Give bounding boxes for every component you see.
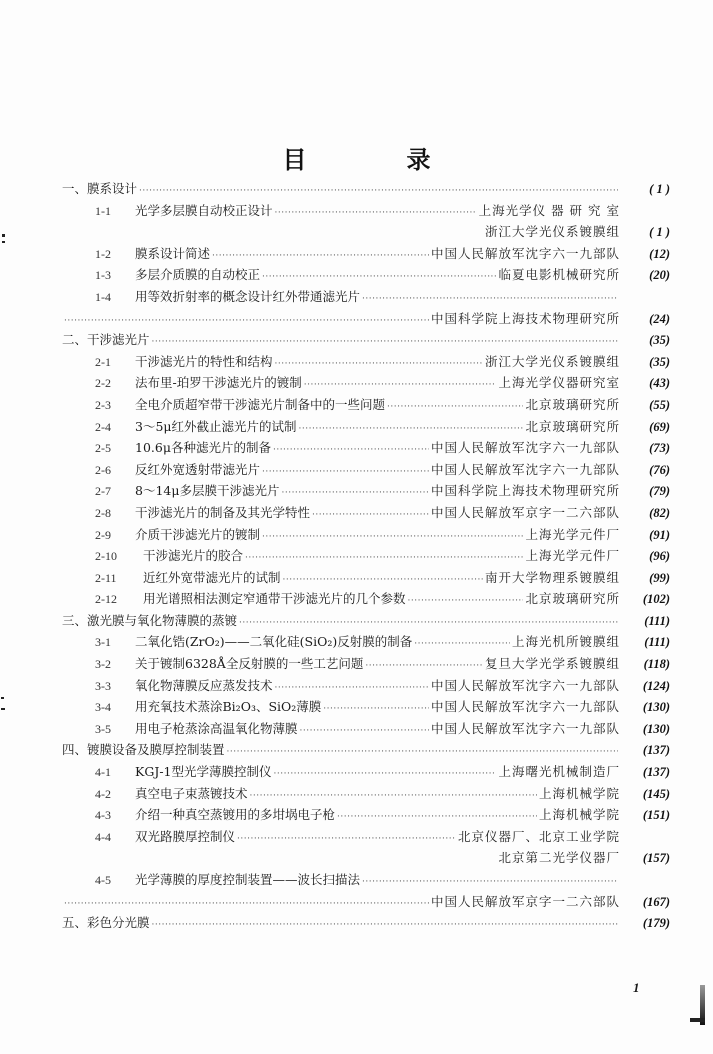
- toc-section-row: 1-2膜系设计简述中国人民解放军沈字六一九部队(12): [62, 243, 670, 265]
- section-title: 真空电子束蒸镀技术: [135, 783, 248, 805]
- section-title: 双光路膜厚控制仪: [135, 826, 235, 848]
- section-title: 近红外宽带滤光片的试制: [143, 567, 281, 589]
- toc-section-row: 1-3多层介质膜的自动校正临夏电影机械研究所(20): [62, 264, 670, 286]
- page-ref: (79): [620, 481, 670, 503]
- section-title: 氧化物薄膜反应蒸发技术: [135, 675, 273, 697]
- organization: 中国人民解放军沈字六一九部队: [431, 437, 620, 459]
- organization: 北京玻璃研究所: [525, 416, 620, 438]
- toc-continuation-row: 中国人民解放军京字一二六部队(167): [62, 891, 670, 913]
- section-number: 2-7: [95, 481, 135, 503]
- page-ref: (96): [620, 546, 670, 568]
- page-ref: (151): [620, 805, 670, 827]
- section-number: 2-3: [95, 395, 135, 417]
- section-title: 全电介质超窄带干涉滤光片制备中的一些问题: [135, 394, 385, 416]
- chapter-title: 一、膜系设计: [62, 178, 137, 200]
- section-number: 3-4: [95, 697, 135, 719]
- organization: 上海光学元件厂: [525, 524, 620, 546]
- organization: 中国科学院上海技术物理研究所: [431, 480, 620, 502]
- organization: 中国人民解放军沈字六一九部队: [431, 696, 620, 718]
- page-ref: (137): [620, 762, 670, 784]
- section-title: 8～14μ多层膜干涉滤光片: [135, 480, 279, 502]
- organization: 浙江大学光仪系镀膜组: [485, 221, 620, 243]
- section-number: 2-11: [95, 568, 143, 590]
- organization: 上海曙光机械制造厂: [498, 761, 620, 783]
- table-of-contents: 一、膜系设计( 1 )1-1光学多层膜自动校正设计上海光学仪 器 研 究 室浙江…: [62, 178, 670, 934]
- organization: 浙江大学光仪系镀膜组: [485, 351, 620, 373]
- organization: 中国科学院上海技术物理研究所: [431, 308, 620, 330]
- section-title: 膜系设计简述: [135, 243, 210, 265]
- toc-section-row: 4-4双光路膜厚控制仪北京仪器厂、北京工业学院: [62, 826, 670, 848]
- page-ref: (12): [620, 244, 670, 266]
- section-title: 法布里-珀罗干涉滤光片的镀制: [135, 372, 302, 394]
- toc-chapter-row: 二、干涉滤光片(35): [62, 329, 670, 351]
- organization: 中国人民解放军京字一二六部队: [431, 891, 620, 913]
- section-number: 1-3: [95, 265, 135, 287]
- chapter-title: 三、激光膜与氧化物薄膜的蒸镀: [62, 610, 237, 632]
- toc-section-row: 2-1干涉滤光片的特性和结构浙江大学光仪系镀膜组(35): [62, 351, 670, 373]
- section-title: 用等效折射率的概念设计红外带通滤光片: [135, 286, 360, 308]
- page-ref: (111): [620, 611, 670, 633]
- section-title: 介绍一种真空蒸镀用的多坩埚电子枪: [135, 804, 335, 826]
- section-number: 2-10: [95, 546, 143, 568]
- section-number: 2-9: [95, 525, 135, 547]
- section-title: 干涉滤光片的制备及其光学特性: [135, 502, 310, 524]
- toc-section-row: 4-3介绍一种真空蒸镀用的多坩埚电子枪上海机械学院(151): [62, 804, 670, 826]
- scan-mark: [1, 697, 4, 699]
- page-number: 1: [633, 980, 640, 996]
- organization: 临夏电影机械研究所: [498, 264, 620, 286]
- toc-section-row: 3-1二氧化锆(ZrO₂)——二氧化硅(SiO₂)反射膜的制备上海光机所镀膜组(…: [62, 631, 670, 653]
- page-ref: (102): [620, 589, 670, 611]
- page-ref: (35): [620, 352, 670, 374]
- scan-mark: [2, 241, 5, 243]
- toc-section-row: 4-2真空电子束蒸镀技术上海机械学院(145): [62, 783, 670, 805]
- organization: 上海光机所镀膜组: [512, 631, 620, 653]
- section-number: 2-1: [95, 352, 135, 374]
- section-number: 4-3: [95, 805, 135, 827]
- toc-section-row: 2-2法布里-珀罗干涉滤光片的镀制上海光学仪器研究室(43): [62, 372, 670, 394]
- organization: 中国人民解放军沈字六一九部队: [431, 459, 620, 481]
- section-number: 1-1: [95, 201, 135, 223]
- section-number: 4-1: [95, 762, 135, 784]
- section-number: 1-2: [95, 244, 135, 266]
- toc-section-row: 3-2关于镀制6328Å全反射膜的一些工艺问题复旦大学光学系镀膜组(118): [62, 653, 670, 675]
- section-number: 2-2: [95, 373, 135, 395]
- leader-dots: [152, 915, 618, 937]
- section-number: 4-5: [95, 870, 135, 892]
- page-title: 目 录: [0, 140, 713, 175]
- toc-chapter-row: 一、膜系设计( 1 ): [62, 178, 670, 200]
- toc-section-row: 1-1光学多层膜自动校正设计上海光学仪 器 研 究 室: [62, 200, 670, 222]
- toc-section-row: 3-5用电子枪蒸涂高温氧化物薄膜中国人民解放军沈字六一九部队(130): [62, 718, 670, 740]
- section-title: 反红外宽透射带滤光片: [135, 459, 260, 481]
- section-title: KGJ-1型光学薄膜控制仪: [135, 761, 272, 783]
- toc-section-row: 3-4用充氧技术蒸涂Bi₂O₃、SiO₂薄膜中国人民解放军沈字六一九部队(130…: [62, 696, 670, 718]
- toc-section-row: 4-5光学薄膜的厚度控制装置——波长扫描法: [62, 869, 670, 891]
- page-ref: (130): [620, 697, 670, 719]
- section-number: 2-6: [95, 460, 135, 482]
- section-number: 2-5: [95, 438, 135, 460]
- toc-section-row: 2-10干涉滤光片的胶合上海光学元件厂(96): [62, 545, 670, 567]
- scan-corner-mark: [690, 1018, 705, 1022]
- toc-section-row: 3-3氧化物薄膜反应蒸发技术中国人民解放军沈字六一九部队(124): [62, 675, 670, 697]
- page-ref: ( 1 ): [620, 179, 670, 201]
- section-title: 二氧化锆(ZrO₂)——二氧化硅(SiO₂)反射膜的制备: [135, 631, 412, 653]
- toc-section-row: 2-510.6μ各种滤光片的制备中国人民解放军沈字六一九部队(73): [62, 437, 670, 459]
- toc-section-row: 2-6反红外宽透射带滤光片中国人民解放军沈字六一九部队(76): [62, 459, 670, 481]
- page-ref: (157): [620, 848, 670, 870]
- toc-chapter-row: 三、激光膜与氧化物薄膜的蒸镀(111): [62, 610, 670, 632]
- toc-chapter-row: 四、镀膜设备及膜厚控制装置(137): [62, 739, 670, 761]
- toc-section-row: 2-12用光谱照相法测定窄通带干涉滤光片的几个参数北京玻璃研究所(102): [62, 588, 670, 610]
- organization: 中国人民解放军京字一二六部队: [431, 502, 620, 524]
- section-title: 多层介质膜的自动校正: [135, 264, 260, 286]
- section-title: 干涉滤光片的特性和结构: [135, 351, 273, 373]
- organization: 北京仪器厂、北京工业学院: [458, 826, 620, 848]
- section-number: 2-8: [95, 503, 135, 525]
- section-title: 用电子枪蒸涂高温氧化物薄膜: [135, 718, 298, 740]
- page-ref: (124): [620, 676, 670, 698]
- organization: 上海光学仪 器 研 究 室: [479, 200, 620, 222]
- toc-section-row: 4-1KGJ-1型光学薄膜控制仪上海曙光机械制造厂(137): [62, 761, 670, 783]
- section-title: 光学多层膜自动校正设计: [135, 200, 273, 222]
- section-title: 用充氧技术蒸涂Bi₂O₃、SiO₂薄膜: [135, 696, 321, 718]
- page-ref: (118): [620, 654, 670, 676]
- organization: 中国人民解放军沈字六一九部队: [431, 243, 620, 265]
- page-ref: (20): [620, 265, 670, 287]
- page-ref: (179): [620, 913, 670, 935]
- toc-section-row: 2-43～5μ红外截止滤光片的试制北京玻璃研究所(69): [62, 416, 670, 438]
- page-ref: (91): [620, 525, 670, 547]
- organization: 中国人民解放军沈字六一九部队: [431, 675, 620, 697]
- toc-section-row: 2-9介质干涉滤光片的镀制上海光学元件厂(91): [62, 524, 670, 546]
- organization: 北京第二光学仪器厂: [498, 847, 620, 869]
- toc-continuation-row: 浙江大学光仪系镀膜组( 1 ): [62, 221, 670, 243]
- page-ref: (76): [620, 460, 670, 482]
- toc-section-row: 2-78～14μ多层膜干涉滤光片中国科学院上海技术物理研究所(79): [62, 480, 670, 502]
- organization: 中国人民解放军沈字六一九部队: [431, 718, 620, 740]
- chapter-title: 二、干涉滤光片: [62, 329, 150, 351]
- page-ref: (99): [620, 568, 670, 590]
- section-number: 3-3: [95, 676, 135, 698]
- organization: 北京玻璃研究所: [525, 588, 620, 610]
- organization: 上海光学仪器研究室: [498, 372, 620, 394]
- page-ref: (137): [620, 740, 670, 762]
- page-ref: ( 1 ): [620, 222, 670, 244]
- organization: 上海机械学院: [539, 804, 620, 826]
- section-title: 光学薄膜的厚度控制装置——波长扫描法: [135, 869, 360, 891]
- toc-continuation-row: 中国科学院上海技术物理研究所(24): [62, 308, 670, 330]
- toc-section-row: 2-3全电介质超窄带干涉滤光片制备中的一些问题北京玻璃研究所(55): [62, 394, 670, 416]
- section-number: 2-12: [95, 589, 143, 611]
- page-ref: (82): [620, 503, 670, 525]
- page-ref: (35): [620, 330, 670, 352]
- page-ref: (69): [620, 417, 670, 439]
- section-title: 关于镀制6328Å全反射膜的一些工艺问题: [135, 653, 363, 675]
- page-ref: (24): [620, 309, 670, 331]
- organization: 北京玻璃研究所: [525, 394, 620, 416]
- toc-section-row: 2-11近红外宽带滤光片的试制南开大学物理系镀膜组(99): [62, 567, 670, 589]
- section-title: 干涉滤光片的胶合: [143, 545, 243, 567]
- toc-section-row: 1-4用等效折射率的概念设计红外带通滤光片: [62, 286, 670, 308]
- section-number: 4-2: [95, 784, 135, 806]
- page-ref: (145): [620, 784, 670, 806]
- chapter-title: 五、彩色分光膜: [62, 912, 150, 934]
- chapter-title: 四、镀膜设备及膜厚控制装置: [62, 739, 225, 761]
- organization: 上海机械学院: [539, 783, 620, 805]
- organization: 上海光学元件厂: [525, 545, 620, 567]
- section-number: 3-5: [95, 719, 135, 741]
- page-ref: (111): [620, 632, 670, 654]
- scan-mark: [2, 234, 5, 237]
- toc-section-row: 2-8干涉滤光片的制备及其光学特性中国人民解放军京字一二六部队(82): [62, 502, 670, 524]
- page-ref: (43): [620, 373, 670, 395]
- page-ref: (55): [620, 395, 670, 417]
- section-title: 10.6μ各种滤光片的制备: [135, 437, 271, 459]
- page-ref: (73): [620, 438, 670, 460]
- section-number: 4-4: [95, 827, 135, 849]
- section-title: 用光谱照相法测定窄通带干涉滤光片的几个参数: [143, 588, 406, 610]
- section-title: 介质干涉滤光片的镀制: [135, 524, 260, 546]
- page-ref: (130): [620, 719, 670, 741]
- organization: 南开大学物理系镀膜组: [485, 567, 620, 589]
- toc-continuation-row: 北京第二光学仪器厂(157): [62, 847, 670, 869]
- scan-mark: [1, 708, 5, 710]
- toc-chapter-row: 五、彩色分光膜(179): [62, 912, 670, 934]
- section-number: 3-2: [95, 654, 135, 676]
- section-number: 2-4: [95, 417, 135, 439]
- section-number: 3-1: [95, 632, 135, 654]
- section-number: 1-4: [95, 287, 135, 309]
- section-title: 3～5μ红外截止滤光片的试制: [135, 416, 297, 438]
- organization: 复旦大学光学系镀膜组: [485, 653, 620, 675]
- page-ref: (167): [620, 892, 670, 914]
